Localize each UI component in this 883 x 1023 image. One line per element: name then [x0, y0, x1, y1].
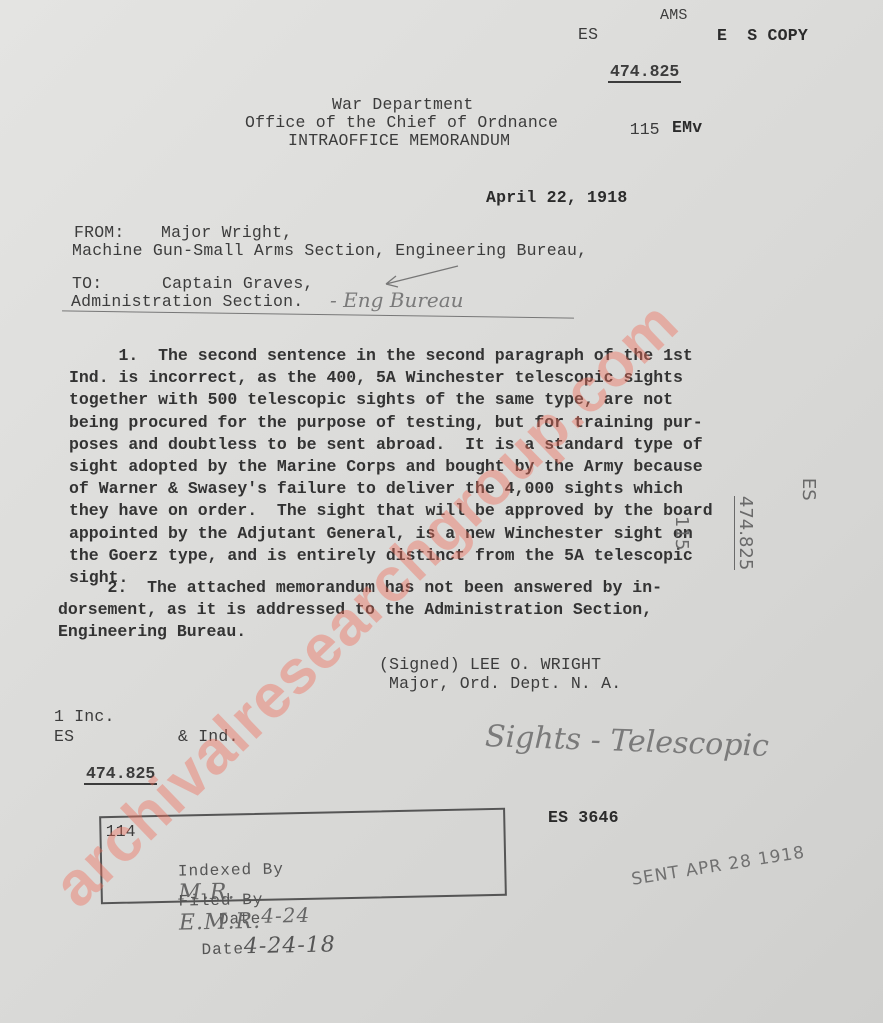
margin-sub: 115	[671, 496, 692, 570]
signature-title: Major, Ord. Dept. N. A.	[389, 674, 621, 693]
filed-label: Filed By	[178, 891, 263, 911]
to-name: Captain Graves,	[162, 274, 314, 293]
enclosure-suffix: & Ind.	[178, 727, 239, 746]
margin-number: 474.825	[734, 496, 756, 570]
file-label: ES	[578, 25, 598, 44]
filed-row: Filed By E.M.R. Date4-24-18	[114, 871, 336, 980]
margin-fraction: 474.825 115	[629, 496, 798, 570]
file-sub: 115	[608, 121, 681, 139]
paragraph-2: 2. The attached memorandum has not been …	[58, 577, 662, 644]
margin-label: ES	[798, 478, 819, 501]
memo-page: AMS ES 474.825 115 E S COPY War Departme…	[0, 0, 883, 1023]
from-unit: Machine Gun-Small Arms Section, Engineer…	[72, 241, 587, 260]
enclosure-number: 474.825	[84, 765, 157, 785]
to-label: TO:	[72, 274, 102, 293]
document-type: INTRAOFFICE MEMORANDUM	[288, 131, 510, 150]
initials: EMv	[672, 118, 702, 137]
from-label: FROM:	[74, 223, 125, 242]
underline-rule	[62, 310, 574, 318]
es-number: ES 3646	[548, 808, 619, 827]
filed-date-label: Date	[201, 940, 244, 959]
filed-date: 4-24-18	[244, 932, 336, 959]
enclosure-label: ES	[54, 727, 74, 746]
to-unit: Administration Section.	[71, 292, 303, 311]
from-name: Major Wright,	[161, 223, 292, 242]
department: War Department	[332, 95, 473, 114]
signature-line: (Signed) LEE O. WRIGHT	[379, 655, 601, 674]
index-stamp: Indexed By M.R. Date4-24 Filed By E.M.R.…	[99, 808, 507, 904]
file-ref-fraction: 474.825 115	[608, 25, 681, 177]
copy-mark: E S COPY	[717, 26, 808, 45]
office: Office of the Chief of Ordnance	[245, 113, 558, 132]
file-prefix: AMS	[660, 7, 688, 24]
filed-by: E.M.R.	[179, 909, 262, 936]
enclosure-count: 1 Inc.	[54, 707, 115, 726]
arrow-icon	[380, 262, 460, 292]
sent-stamp: SENT APR 28 1918	[630, 843, 806, 890]
margin-note: ES 474.825 115	[608, 455, 840, 570]
file-number: 474.825	[608, 63, 681, 83]
memo-date: April 22, 1918	[486, 188, 627, 207]
handwritten-subject: Sights - Telescopic	[484, 719, 769, 764]
